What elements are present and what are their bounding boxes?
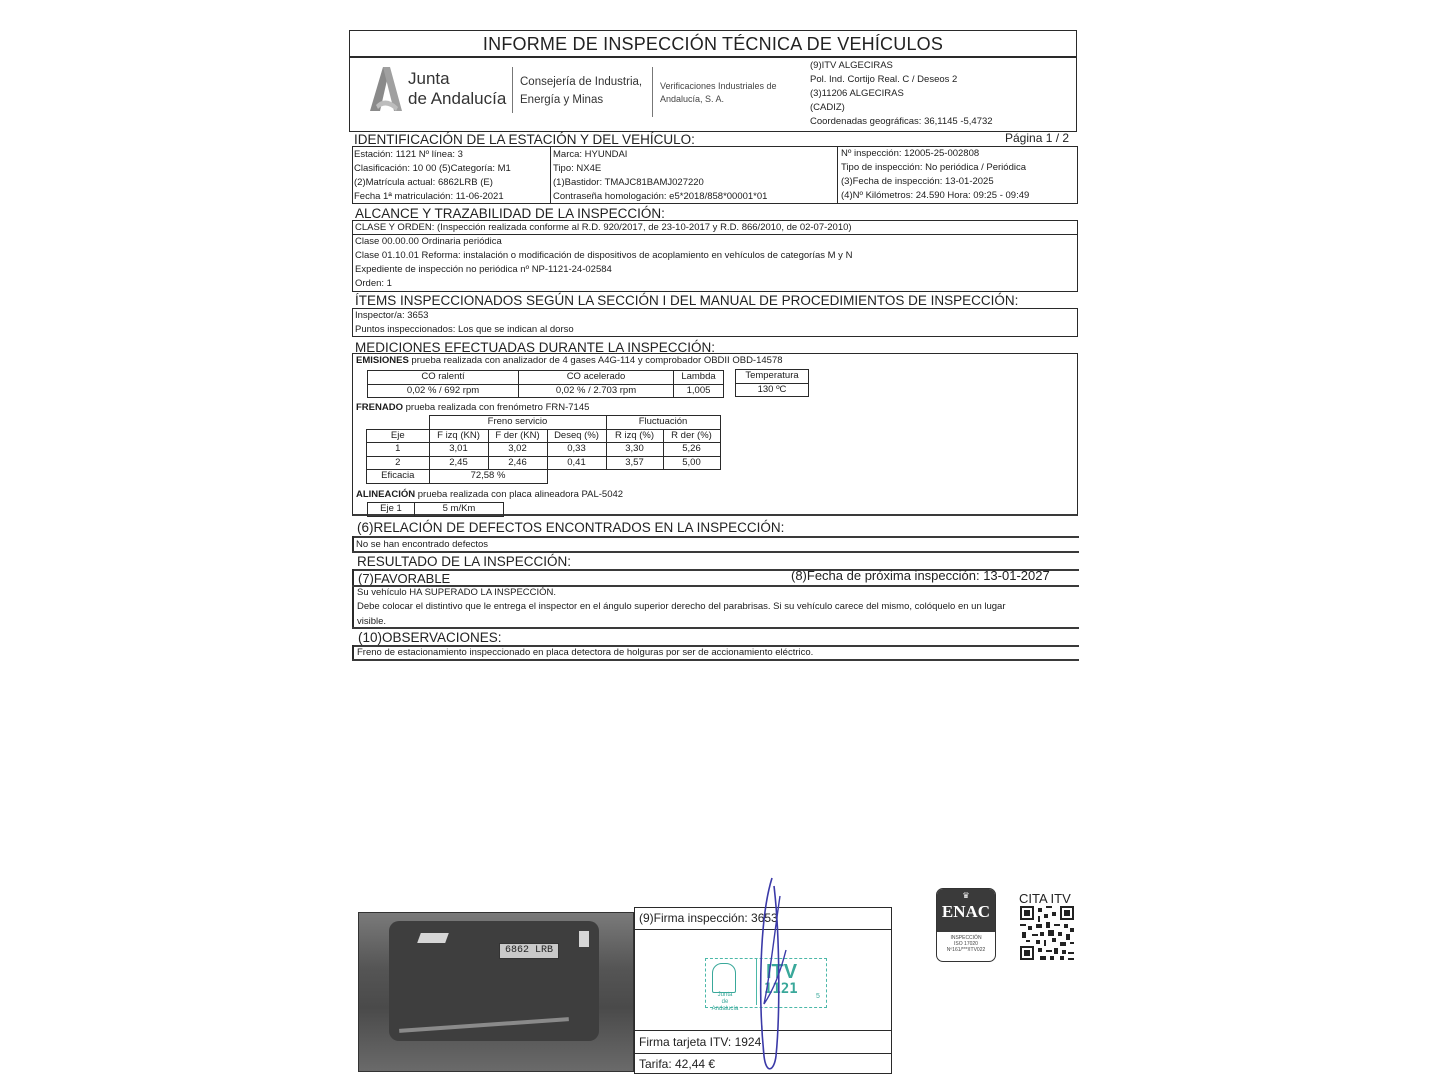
section-heading-observaciones: (10)OBSERVACIONES:	[358, 630, 502, 645]
class-line: Clase 01.10.01 Reforma: instalación o mo…	[355, 249, 852, 263]
inspected-points: Puntos inspeccionados: Los que se indica…	[355, 323, 574, 337]
enac-line: Nº161/***/ITV022	[937, 947, 995, 953]
table-header: F der (KN)	[488, 429, 547, 443]
inspector-id: Inspector/a: 3653	[355, 309, 428, 323]
brake-table: Freno servicio Fluctuación Eje F izq (KN…	[366, 415, 721, 484]
emissions-description: EMISIONES prueba realizada con analizado…	[356, 355, 783, 367]
station-name: (9)ITV ALGECIRAS	[810, 59, 993, 73]
divider	[652, 67, 653, 117]
classification: Clasificación: 10 00 (5)Categoría: M1	[354, 162, 511, 176]
tail-light	[579, 931, 589, 947]
station-coordinates: Coordenadas geográficas: 36,1145 -5,4732	[810, 115, 993, 129]
inspection-result: (7)FAVORABLE	[358, 571, 450, 586]
junta-andalucia-logo-icon	[366, 65, 404, 113]
divider	[352, 569, 354, 629]
vin: (1)Bastidor: TMAJC81BAMJ027220	[553, 176, 767, 190]
order-line: Orden: 1	[355, 277, 852, 291]
crown-icon: ♛	[937, 890, 995, 902]
table-header: R der (%)	[663, 429, 720, 443]
station-province: (CADIZ)	[810, 101, 993, 115]
alignment-value: 5 m/Km	[415, 503, 504, 517]
section-heading-alcance: ALCANCE Y TRAZABILIDAD DE LA INSPECCIÓN:	[355, 206, 665, 221]
verificaciones-line2: Andalucía, S. A.	[660, 92, 724, 106]
value-cell: 3,57	[606, 456, 663, 470]
empty-cell	[367, 416, 430, 430]
next-inspection-date: (8)Fecha de próxima inspección: 13-01-20…	[791, 568, 1050, 583]
identification-box: Estación: 1121 Nº línea: 3 Clasificación…	[352, 146, 1078, 204]
table-header: F izq (KN)	[429, 429, 488, 443]
vehicle-photo: 6862 LRB	[358, 912, 634, 1072]
consejeria-line1: Consejería de Industria,	[520, 73, 642, 91]
logo-text-line2: de Andalucía	[408, 89, 506, 109]
temperature-value: 130 ºC	[736, 383, 809, 397]
divider	[512, 67, 513, 113]
alignment-label: ALINEACIÓN	[356, 489, 415, 500]
junta-emblem-icon	[712, 963, 736, 993]
stamp-junta: Junta de Andalucía	[708, 992, 742, 1013]
value-cell: 5,26	[663, 443, 720, 457]
divider	[352, 659, 1079, 661]
enac-details: INSPECCIÓN ISO 17020 Nº161/***/ITV022	[937, 935, 995, 953]
value-cell: 2,45	[429, 456, 488, 470]
table-header: Lambda	[674, 371, 724, 385]
table-row: Eficacia 72,58 %	[367, 470, 721, 484]
section-heading-identificacion: IDENTIFICACIÓN DE LA ESTACIÓN Y DEL VEHÍ…	[354, 132, 695, 147]
document-title: INFORME DE INSPECCIÓN TÉCNICA DE VEHÍCUL…	[350, 34, 1076, 55]
alignment-table: Eje 1 5 m/Km	[367, 502, 504, 517]
section-heading-resultado: RESULTADO DE LA INSPECCIÓN:	[357, 554, 571, 569]
station-street: Pol. Ind. Cortijo Real. C / Deseos 2	[810, 73, 993, 87]
value-cell: 3,02	[488, 443, 547, 457]
class-line: Clase 00.00.00 Ordinaria periódica	[355, 235, 852, 249]
table-header: Temperatura	[736, 370, 809, 384]
scope-box: CLASE Y ORDEN: (Inspección realizada con…	[352, 220, 1078, 292]
section-heading-defectos: (6)RELACIÓN DE DEFECTOS ENCONTRADOS EN L…	[357, 520, 784, 535]
stamp-suffix: 5	[816, 993, 820, 1000]
value-cell: 3,01	[429, 443, 488, 457]
value-cell: 3,30	[606, 443, 663, 457]
tail-light	[417, 933, 449, 943]
value-cell: 0,33	[547, 443, 606, 457]
table-row: 1 3,01 3,02 0,33 3,30 5,26	[367, 443, 721, 457]
items-box: Inspector/a: 3653 Puntos inspeccionados:…	[352, 308, 1078, 337]
result-message: Su vehículo HA SUPERADO LA INSPECCIÓN.	[357, 586, 556, 600]
brake-desc: prueba realizada con frenómetro FRN-7145	[403, 402, 589, 413]
divider	[352, 627, 1079, 629]
observations-text: Freno de estacionamiento inspeccionado e…	[357, 646, 813, 660]
divider	[550, 147, 551, 203]
mileage-time: (4)Nº Kilómetros: 24.590 Hora: 09:25 - 0…	[841, 189, 1029, 203]
defects-text: No se han encontrado defectos	[356, 538, 488, 552]
efficacy-value: 72,58 %	[429, 470, 547, 484]
table-header: Deseq (%)	[547, 429, 606, 443]
vehicle-info: Marca: HYUNDAI Tipo: NX4E (1)Bastidor: T…	[553, 148, 767, 204]
logo-text-line1: Junta	[408, 69, 450, 89]
brake-description: FRENADO prueba realizada con frenómetro …	[356, 402, 589, 414]
enac-header: ♛ ENAC	[937, 889, 995, 932]
handwritten-signature-icon	[752, 876, 792, 1076]
axle-label: Eje 1	[368, 503, 415, 517]
station-info: Estación: 1121 Nº línea: 3 Clasificación…	[354, 148, 511, 204]
brake-label: FRENADO	[356, 402, 403, 413]
station-city: (3)11206 ALGECIRAS	[810, 87, 993, 101]
emissions-desc: prueba realizada con analizador de 4 gas…	[409, 355, 783, 366]
inspection-type: Tipo de inspección: No periódica / Perió…	[841, 161, 1029, 175]
divider	[352, 551, 1079, 553]
efficacy-label: Eficacia	[367, 470, 430, 484]
vehicle-make: Marca: HYUNDAI	[553, 148, 767, 162]
inspection-number: Nº inspección: 12005-25-002808	[841, 147, 1029, 161]
consejeria-line2: Energía y Minas	[520, 91, 603, 109]
emissions-table: CO ralentí CO acelerado Lambda 0,02 % / …	[367, 370, 724, 398]
table-row: 2 2,45 2,46 0,41 3,57 5,00	[367, 456, 721, 470]
report-header: INFORME DE INSPECCIÓN TÉCNICA DE VEHÍCUL…	[349, 30, 1077, 132]
qr-code-icon[interactable]	[1020, 906, 1074, 960]
measurements-box: EMISIONES prueba realizada con analizado…	[352, 353, 1078, 516]
class-order: CLASE Y ORDEN: (Inspección realizada con…	[355, 221, 852, 235]
divider	[352, 536, 354, 552]
cita-itv-label: CITA ITV	[1019, 891, 1071, 906]
axle-cell: 1	[367, 443, 430, 457]
plate-number: (2)Matrícula actual: 6862LRB (E)	[354, 176, 511, 190]
table-header: Fluctuación	[606, 416, 720, 430]
station-address: (9)ITV ALGECIRAS Pol. Ind. Cortijo Real.…	[810, 59, 993, 129]
co-idle-value: 0,02 % / 692 rpm	[368, 384, 519, 398]
value-cell: 5,00	[663, 456, 720, 470]
verificaciones-line1: Verificaciones Industriales de	[660, 79, 777, 93]
station-line: Estación: 1121 Nº línea: 3	[354, 148, 511, 162]
axle-cell: 2	[367, 456, 430, 470]
emissions-label: EMISIONES	[356, 355, 409, 366]
stamp-text: de Andalucía	[708, 999, 742, 1013]
inspection-info: Nº inspección: 12005-25-002808 Tipo de i…	[841, 147, 1029, 203]
empty-cell	[547, 470, 720, 484]
first-registration: Fecha 1ª matriculación: 11-06-2021	[354, 190, 511, 204]
divider	[837, 147, 838, 203]
enac-label: ENAC	[937, 902, 995, 922]
homologation: Contraseña homologación: e5*2018/858*000…	[553, 190, 767, 204]
inspection-date: (3)Fecha de inspección: 13-01-2025	[841, 175, 1029, 189]
page-number: Página 1 / 2	[1005, 131, 1069, 145]
expediente-line: Expediente de inspección no periódica nº…	[355, 263, 852, 277]
alignment-desc: prueba realizada con placa alineadora PA…	[415, 489, 623, 500]
table-header: Eje	[367, 429, 430, 443]
enac-badge: ♛ ENAC INSPECCIÓN ISO 17020 Nº161/***/IT…	[936, 888, 996, 962]
table-header: CO acelerado	[519, 371, 674, 385]
vehicle-type: Tipo: NX4E	[553, 162, 767, 176]
co-accel-value: 0,02 % / 2.703 rpm	[519, 384, 674, 398]
scope-lines: Clase 00.00.00 Ordinaria periódica Clase…	[355, 235, 852, 291]
stamp-text: Junta	[708, 992, 742, 999]
section-heading-items: ÍTEMS INSPECCIONADOS SEGÚN LA SECCIÓN I …	[355, 293, 1018, 308]
table-header: Freno servicio	[429, 416, 606, 430]
result-instructions: Debe colocar el distintivo que le entreg…	[357, 600, 1006, 614]
temperature-table: Temperatura 130 ºC	[735, 369, 809, 397]
lambda-value: 1,005	[674, 384, 724, 398]
alignment-description: ALINEACIÓN prueba realizada con placa al…	[356, 489, 623, 501]
table-header: R izq (%)	[606, 429, 663, 443]
divider	[350, 56, 1076, 58]
value-cell: 0,41	[547, 456, 606, 470]
license-plate: 6862 LRB	[499, 943, 559, 959]
value-cell: 2,46	[488, 456, 547, 470]
table-header: CO ralentí	[368, 371, 519, 385]
